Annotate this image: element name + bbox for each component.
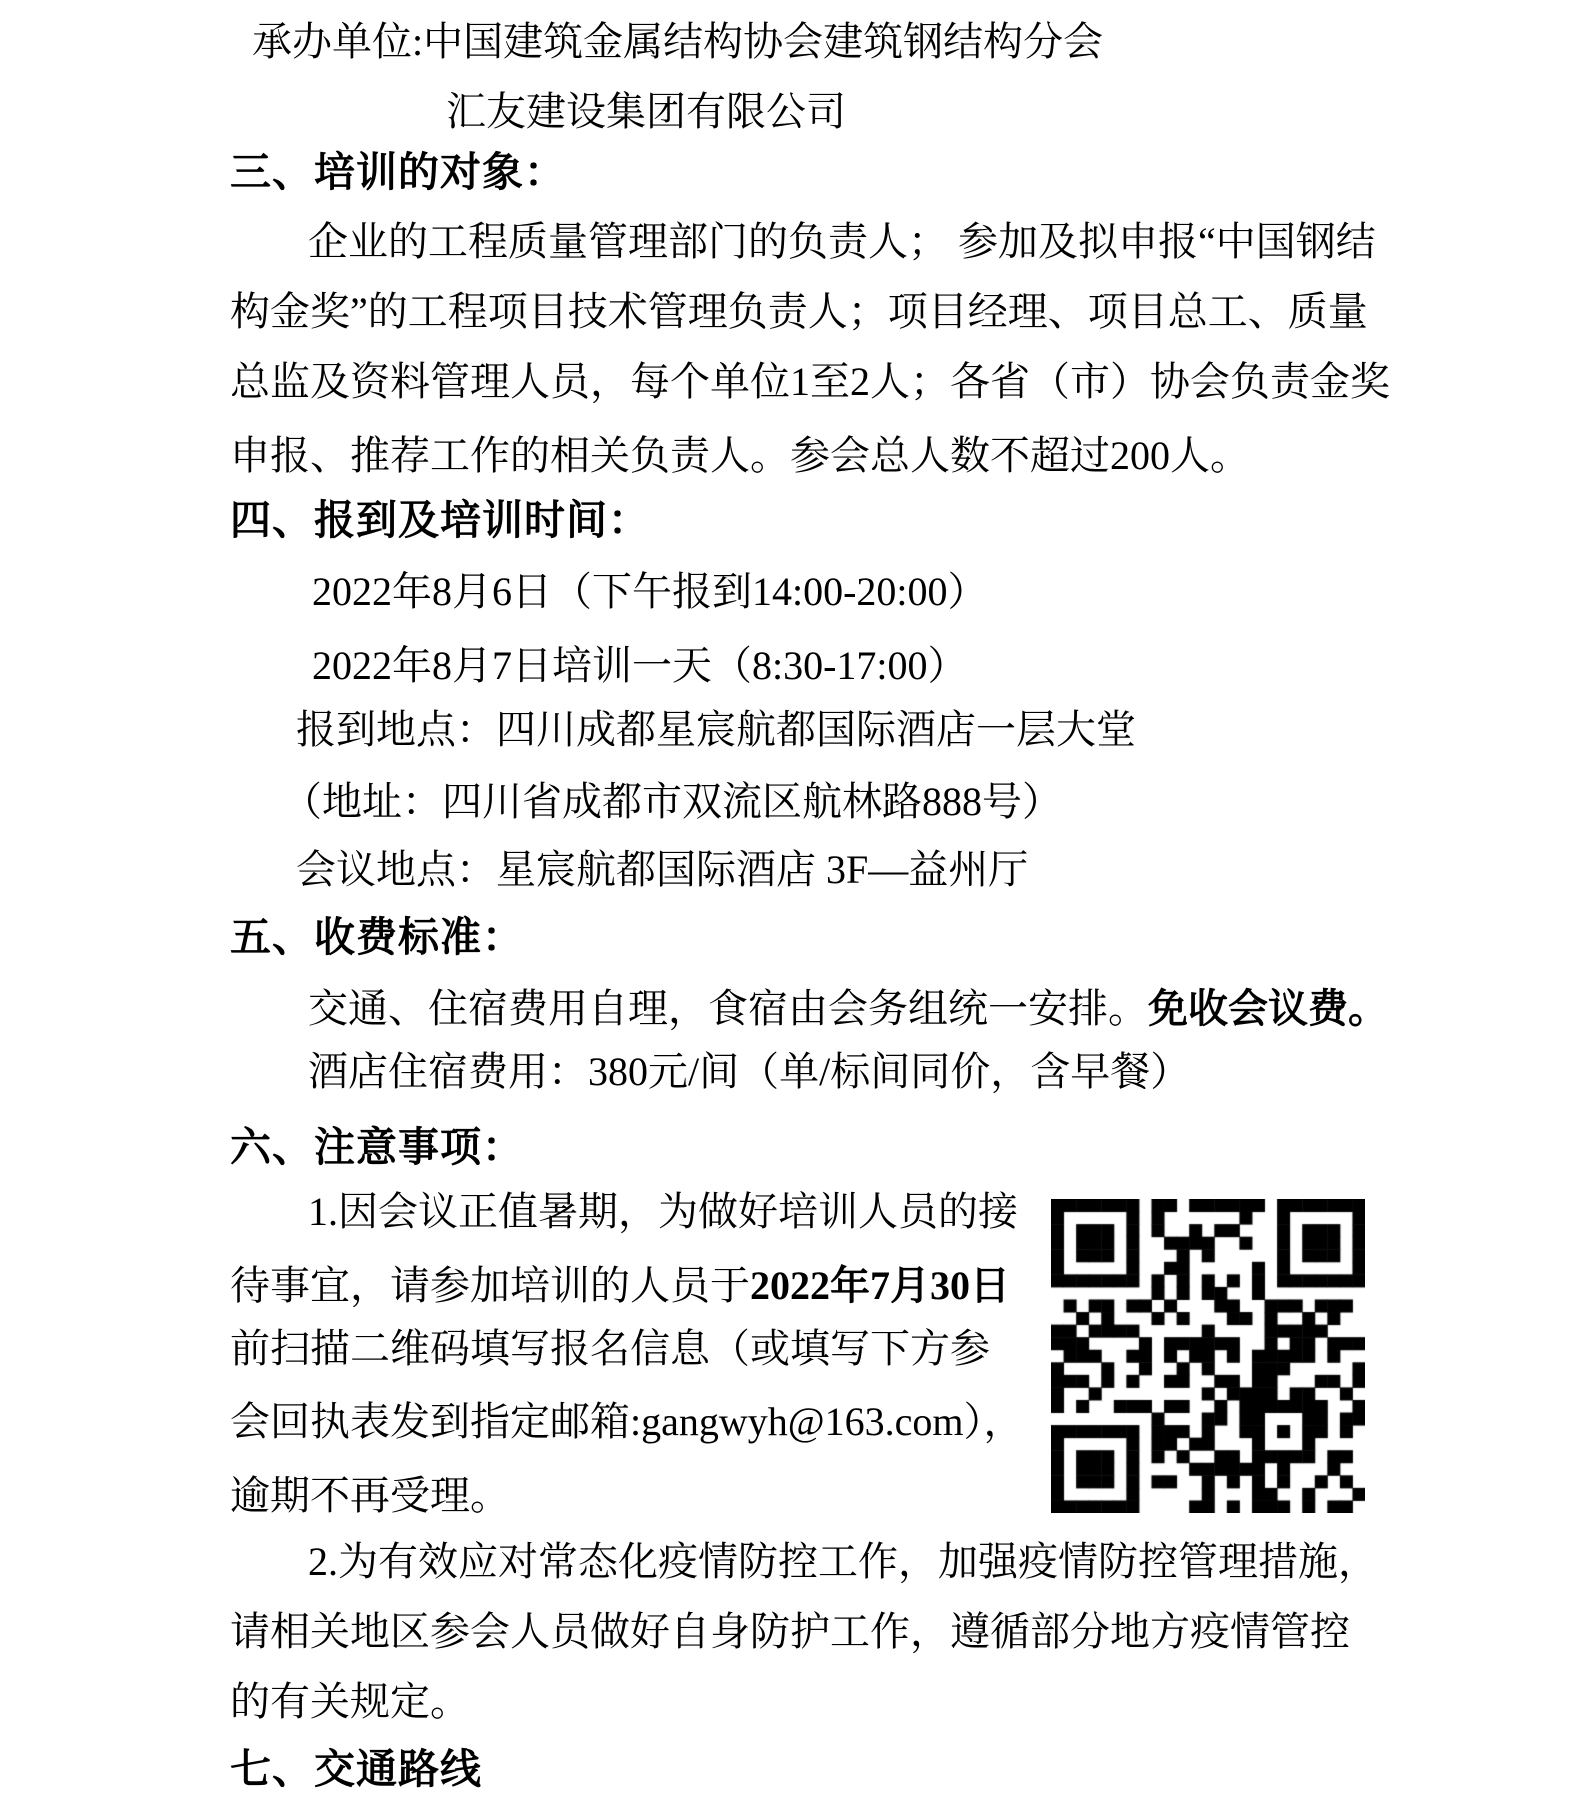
section5-hotel-fee-line: 酒店住宿费用：380元/间（单/标间同价，含早餐）: [308, 1048, 1190, 1096]
section6-note1-line-2: 待事宜，请参加培训的人员于2022年7月30日: [230, 1262, 1010, 1310]
section6-note2-line-1: 2.为有效应对常态化疫情防控工作，加强疫情防控管理措施，: [308, 1538, 1378, 1586]
section6-note1-line-4: 会回执表发到指定邮箱:gangwyh@163.com），: [230, 1398, 1023, 1446]
section7-heading: 七、交通路线: [230, 1745, 482, 1793]
section4-address: （地址：四川省成都市双流区航林路888号）: [282, 778, 1062, 826]
note1-line2-text: 待事宜，请参加培训的人员于: [230, 1263, 750, 1308]
fee-text: 交通、住宿费用自理，食宿由会务组统一安排。: [308, 986, 1148, 1031]
organizer-line-2: 汇友建设集团有限公司: [446, 88, 846, 136]
section6-note2-line-2: 请相关地区参会人员做好自身防护工作，遵循部分地方疫情管控: [230, 1608, 1350, 1656]
fee-free-emphasis: 免收会议费。: [1148, 986, 1388, 1031]
section3-paragraph-line-1: 企业的工程质量管理部门的负责人； 参加及拟申报“中国钢结: [308, 218, 1376, 266]
section3-paragraph-line-3: 总监及资料管理人员，每个单位1至2人；各省（市）协会负责金奖: [230, 358, 1390, 406]
section3-paragraph-line-4: 申报、推荐工作的相关负责人。参会总人数不超过200人。: [230, 432, 1250, 480]
qr-code: [1051, 1199, 1365, 1513]
section4-time-line-2: 2022年8月7日培训一天（8:30-17:00）: [312, 642, 968, 690]
section4-heading: 四、报到及培训时间：: [230, 496, 650, 544]
section5-heading: 五、收费标准：: [230, 913, 524, 961]
section3-heading: 三、培训的对象：: [230, 148, 566, 196]
section6-note1-line-5: 逾期不再受理。: [230, 1472, 510, 1520]
deadline-date-emphasis: 2022年7月30日: [750, 1263, 1010, 1308]
section6-note1-line-3: 前扫描二维码填写报名信息（或填写下方参: [230, 1325, 990, 1373]
section3-paragraph-line-2: 构金奖”的工程项目技术管理负责人；项目经理、项目总工、质量: [230, 288, 1368, 336]
section6-note2-line-3: 的有关规定。: [230, 1678, 470, 1726]
section5-fee-line: 交通、住宿费用自理，食宿由会务组统一安排。免收会议费。: [308, 985, 1388, 1033]
document-page: 承办单位:中国建筑金属结构协会建筑钢结构分会 汇友建设集团有限公司 三、培训的对…: [0, 0, 1572, 1804]
organizer-line-1: 承办单位:中国建筑金属结构协会建筑钢结构分会: [252, 18, 1103, 66]
section4-checkin-location: 报到地点：四川成都星宸航都国际酒店一层大堂: [296, 706, 1136, 754]
section4-venue: 会议地点：星宸航都国际酒店 3F—益州厅: [296, 846, 1028, 894]
section6-heading: 六、注意事项：: [230, 1123, 524, 1171]
section4-time-line-1: 2022年8月6日（下午报到14:00-20:00）: [312, 568, 988, 616]
section6-note1-line-1: 1.因会议正值暑期，为做好培训人员的接: [308, 1188, 1018, 1236]
